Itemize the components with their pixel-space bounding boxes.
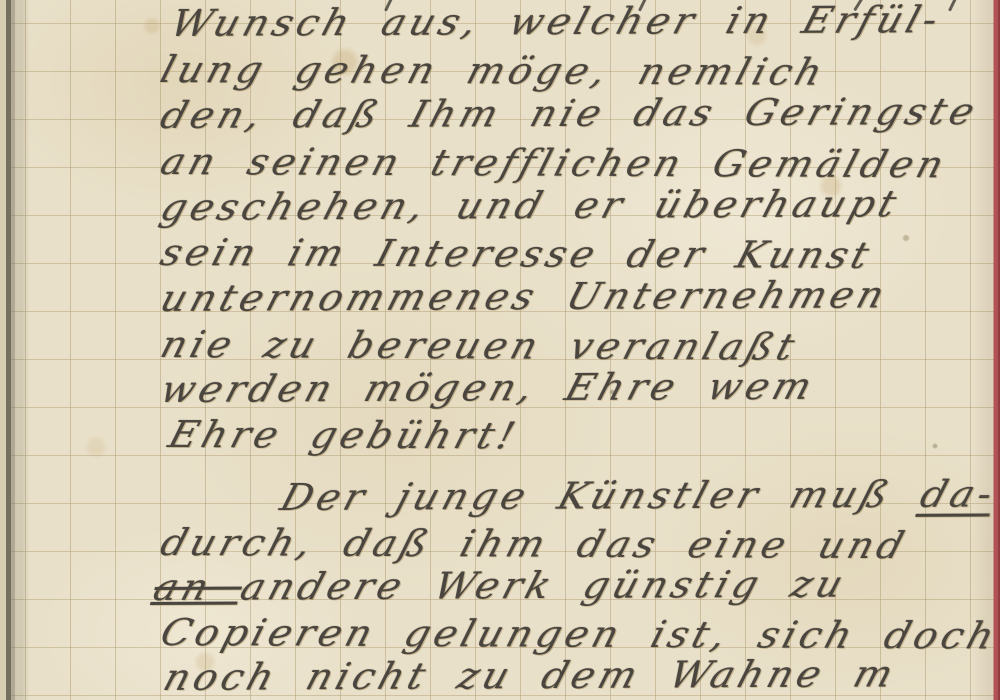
red-book-edge [990, 0, 1000, 700]
manuscript-line-3: den, daß Ihm nie das Geringste [156, 90, 984, 137]
manuscript-line-8: nie zu bereuen veranlaßt [156, 323, 804, 369]
ink-stroke-fragment [948, 0, 959, 12]
manuscript-line-10: Ehre gebührt! [164, 413, 524, 457]
line-11-text: Der junge Künstler muß [276, 473, 928, 519]
manuscript-line-15: noch nicht zu dem Wahne m [159, 652, 903, 699]
struck-out-word: an [149, 566, 249, 609]
manuscript-line-6: sein im Interesse der Kunst [156, 231, 878, 277]
scanned-notebook-page: Wunsch aus, welcher in Erfül- lung gehen… [0, 0, 1000, 700]
manuscript-line-12: durch, daß ihm das eine und [156, 521, 913, 567]
hyphenated-word-da: da- [915, 472, 1000, 515]
manuscript-line-2: lung gehen möge, nemlich [156, 48, 831, 94]
line-13-text: andere Werk günstig zu [236, 563, 853, 609]
manuscript-line-14: Copieren gelungen ist, sich doch [156, 611, 1000, 657]
manuscript-line-11: Der junge Künstler muß da- [276, 472, 1000, 519]
manuscript-line-13: an andere Werk günstig zu [149, 563, 853, 609]
manuscript-line-4: an seinen trefflichen Gemälden [156, 140, 953, 186]
manuscript-line-5: geschehen, und er überhaupt [156, 182, 906, 229]
manuscript-line-9: werden mögen, Ehre wem [156, 365, 821, 411]
manuscript-line-7: unternommenes Unternehmen [156, 273, 894, 320]
manuscript-line-1: Wunsch aus, welcher in Erfül- [166, 0, 948, 45]
page-binding-edge [0, 0, 30, 700]
